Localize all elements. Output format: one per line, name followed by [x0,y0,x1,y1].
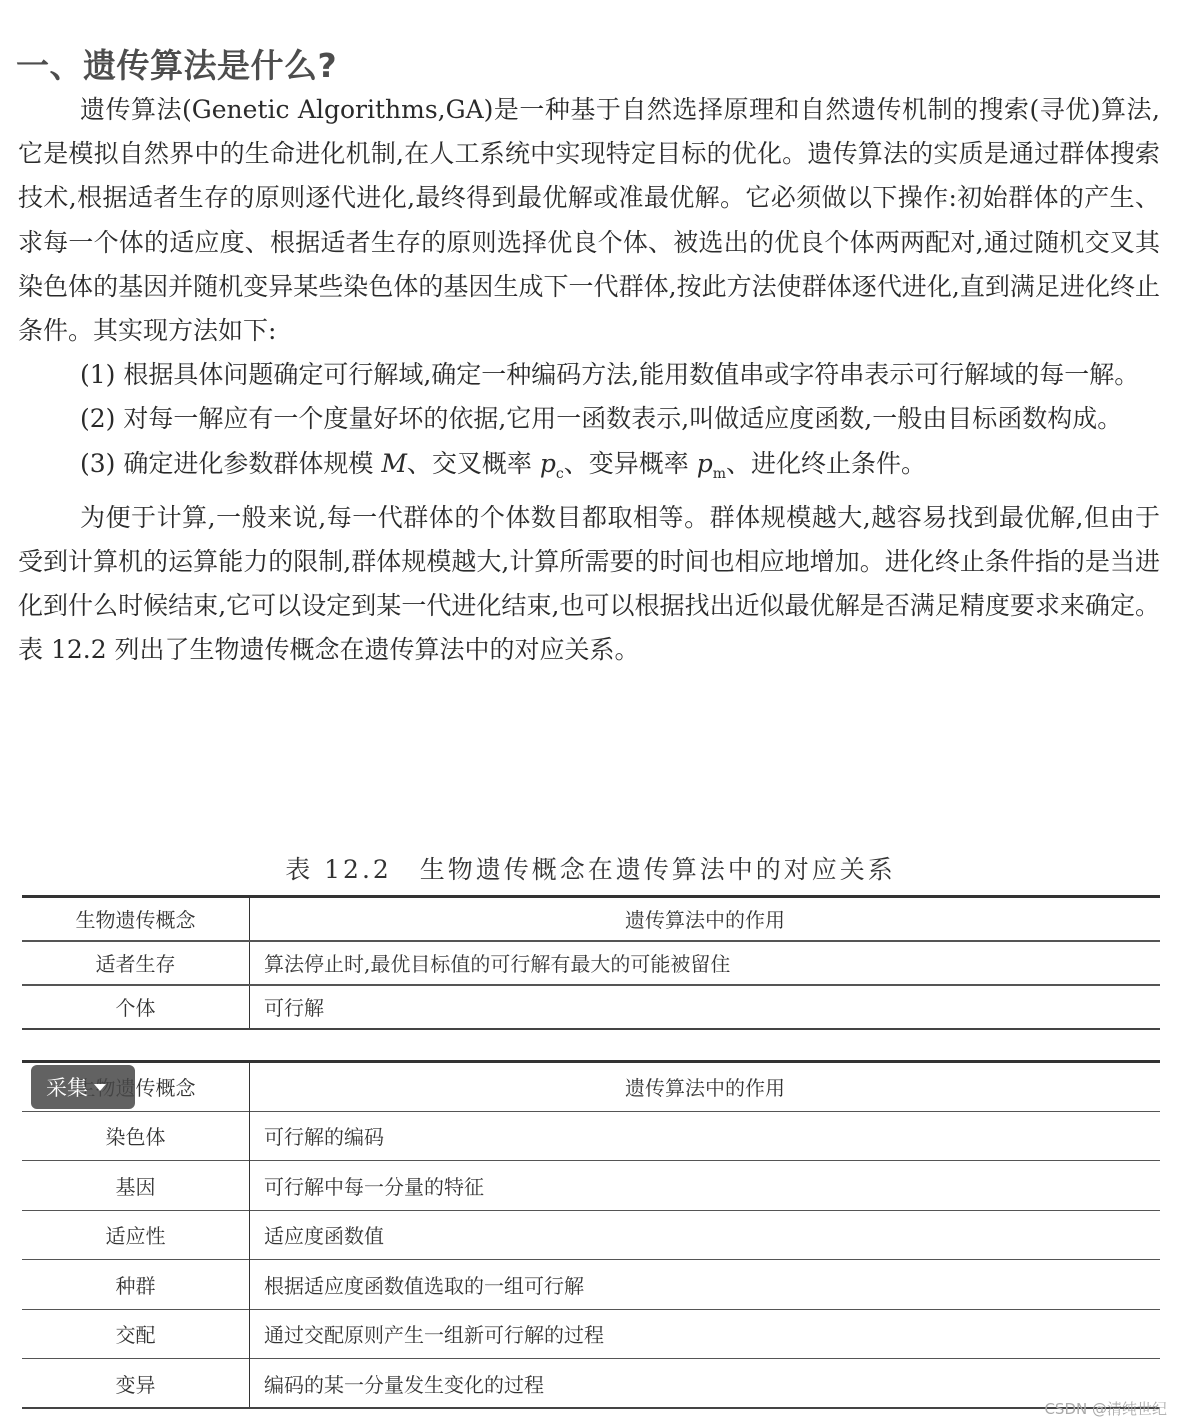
header-cell: 生物遗传概念 [22,897,250,941]
table-row: 变异 编码的某一分量发生变化的过程 [22,1359,1160,1409]
paragraph-step-1: (1) 根据具体问题确定可行解域,确定一种编码方法,能用数值串或字符串表示可行解… [18,353,1160,397]
step-3-text: (3) 确定进化参数群体规模 [80,449,381,478]
concept-cell: 基因 [22,1161,250,1211]
caret-down-icon [94,1084,106,1091]
concept-table-part-2: 生物遗传概念 遗传算法中的作用 染色体 可行解的编码 基因 可行解中每一分量的特… [22,1060,1160,1409]
concept-cell: 染色体 [22,1111,250,1161]
role-cell: 根据适应度函数值选取的一组可行解 [250,1260,1161,1310]
table-row: 个体 可行解 [22,985,1160,1029]
table-caption: 表 12.2 生物遗传概念在遗传算法中的对应关系 [0,850,1181,886]
step-3-text: 、变异概率 [564,449,697,478]
paragraph-intro: 遗传算法(Genetic Algorithms,GA)是一种基于自然选择原理和自… [18,88,1160,353]
concept-table-part-1: 生物遗传概念 遗传算法中的作用 适者生存 算法停止时,最优目标值的可行解有最大的… [22,895,1160,1030]
role-cell: 可行解中每一分量的特征 [250,1161,1161,1211]
watermark: CSDN @清纯世纪 [1044,1398,1167,1419]
step-3-text: 、进化终止条件。 [726,449,926,478]
role-cell: 算法停止时,最优目标值的可行解有最大的可能被留住 [250,941,1161,985]
concept-cell: 个体 [22,985,250,1029]
table-row: 适者生存 算法停止时,最优目标值的可行解有最大的可能被留住 [22,941,1160,985]
header-cell: 遗传算法中的作用 [250,1062,1161,1112]
concept-cell: 变异 [22,1359,250,1409]
var-pm-sub: m [713,466,726,482]
table-row: 交配 通过交配原则产生一组新可行解的过程 [22,1309,1160,1359]
table-row: 种群 根据适应度函数值选取的一组可行解 [22,1260,1160,1310]
concept-cell: 适者生存 [22,941,250,985]
paragraph-step-2: (2) 对每一解应有一个度量好坏的依据,它用一函数表示,叫做适应度函数,一般由目… [18,397,1160,441]
collect-button-label: 采集 [46,1072,88,1102]
role-cell: 编码的某一分量发生变化的过程 [250,1359,1161,1409]
role-cell: 可行解 [250,985,1161,1029]
paragraph-step-3: (3) 确定进化参数群体规模 M、交叉概率 pc、变异概率 pm、进化终止条件。 [18,442,1160,496]
paragraph-notes: 为便于计算,一般来说,每一代群体的个体数目都取相等。群体规模越大,越容易找到最优… [18,496,1160,673]
page-heading: 一、遗传算法是什么? [16,40,337,87]
var-pc-sub: c [556,466,564,482]
article-body: 遗传算法(Genetic Algorithms,GA)是一种基于自然选择原理和自… [18,88,1160,673]
table-row: 染色体 可行解的编码 [22,1111,1160,1161]
concept-cell: 适应性 [22,1210,250,1260]
collect-button[interactable]: 采集 [31,1065,135,1109]
table-header-row: 生物遗传概念 遗传算法中的作用 [22,897,1160,941]
var-pm: p [697,449,713,478]
table-row: 适应性 适应度函数值 [22,1210,1160,1260]
role-cell: 适应度函数值 [250,1210,1161,1260]
role-cell: 可行解的编码 [250,1111,1161,1161]
var-pc: p [540,449,556,478]
table-header-row: 生物遗传概念 遗传算法中的作用 [22,1062,1160,1112]
header-cell: 遗传算法中的作用 [250,897,1161,941]
step-3-text: 、交叉概率 [407,449,540,478]
role-cell: 通过交配原则产生一组新可行解的过程 [250,1309,1161,1359]
concept-cell: 种群 [22,1260,250,1310]
var-M: M [381,449,407,478]
table-row: 基因 可行解中每一分量的特征 [22,1161,1160,1211]
concept-cell: 交配 [22,1309,250,1359]
